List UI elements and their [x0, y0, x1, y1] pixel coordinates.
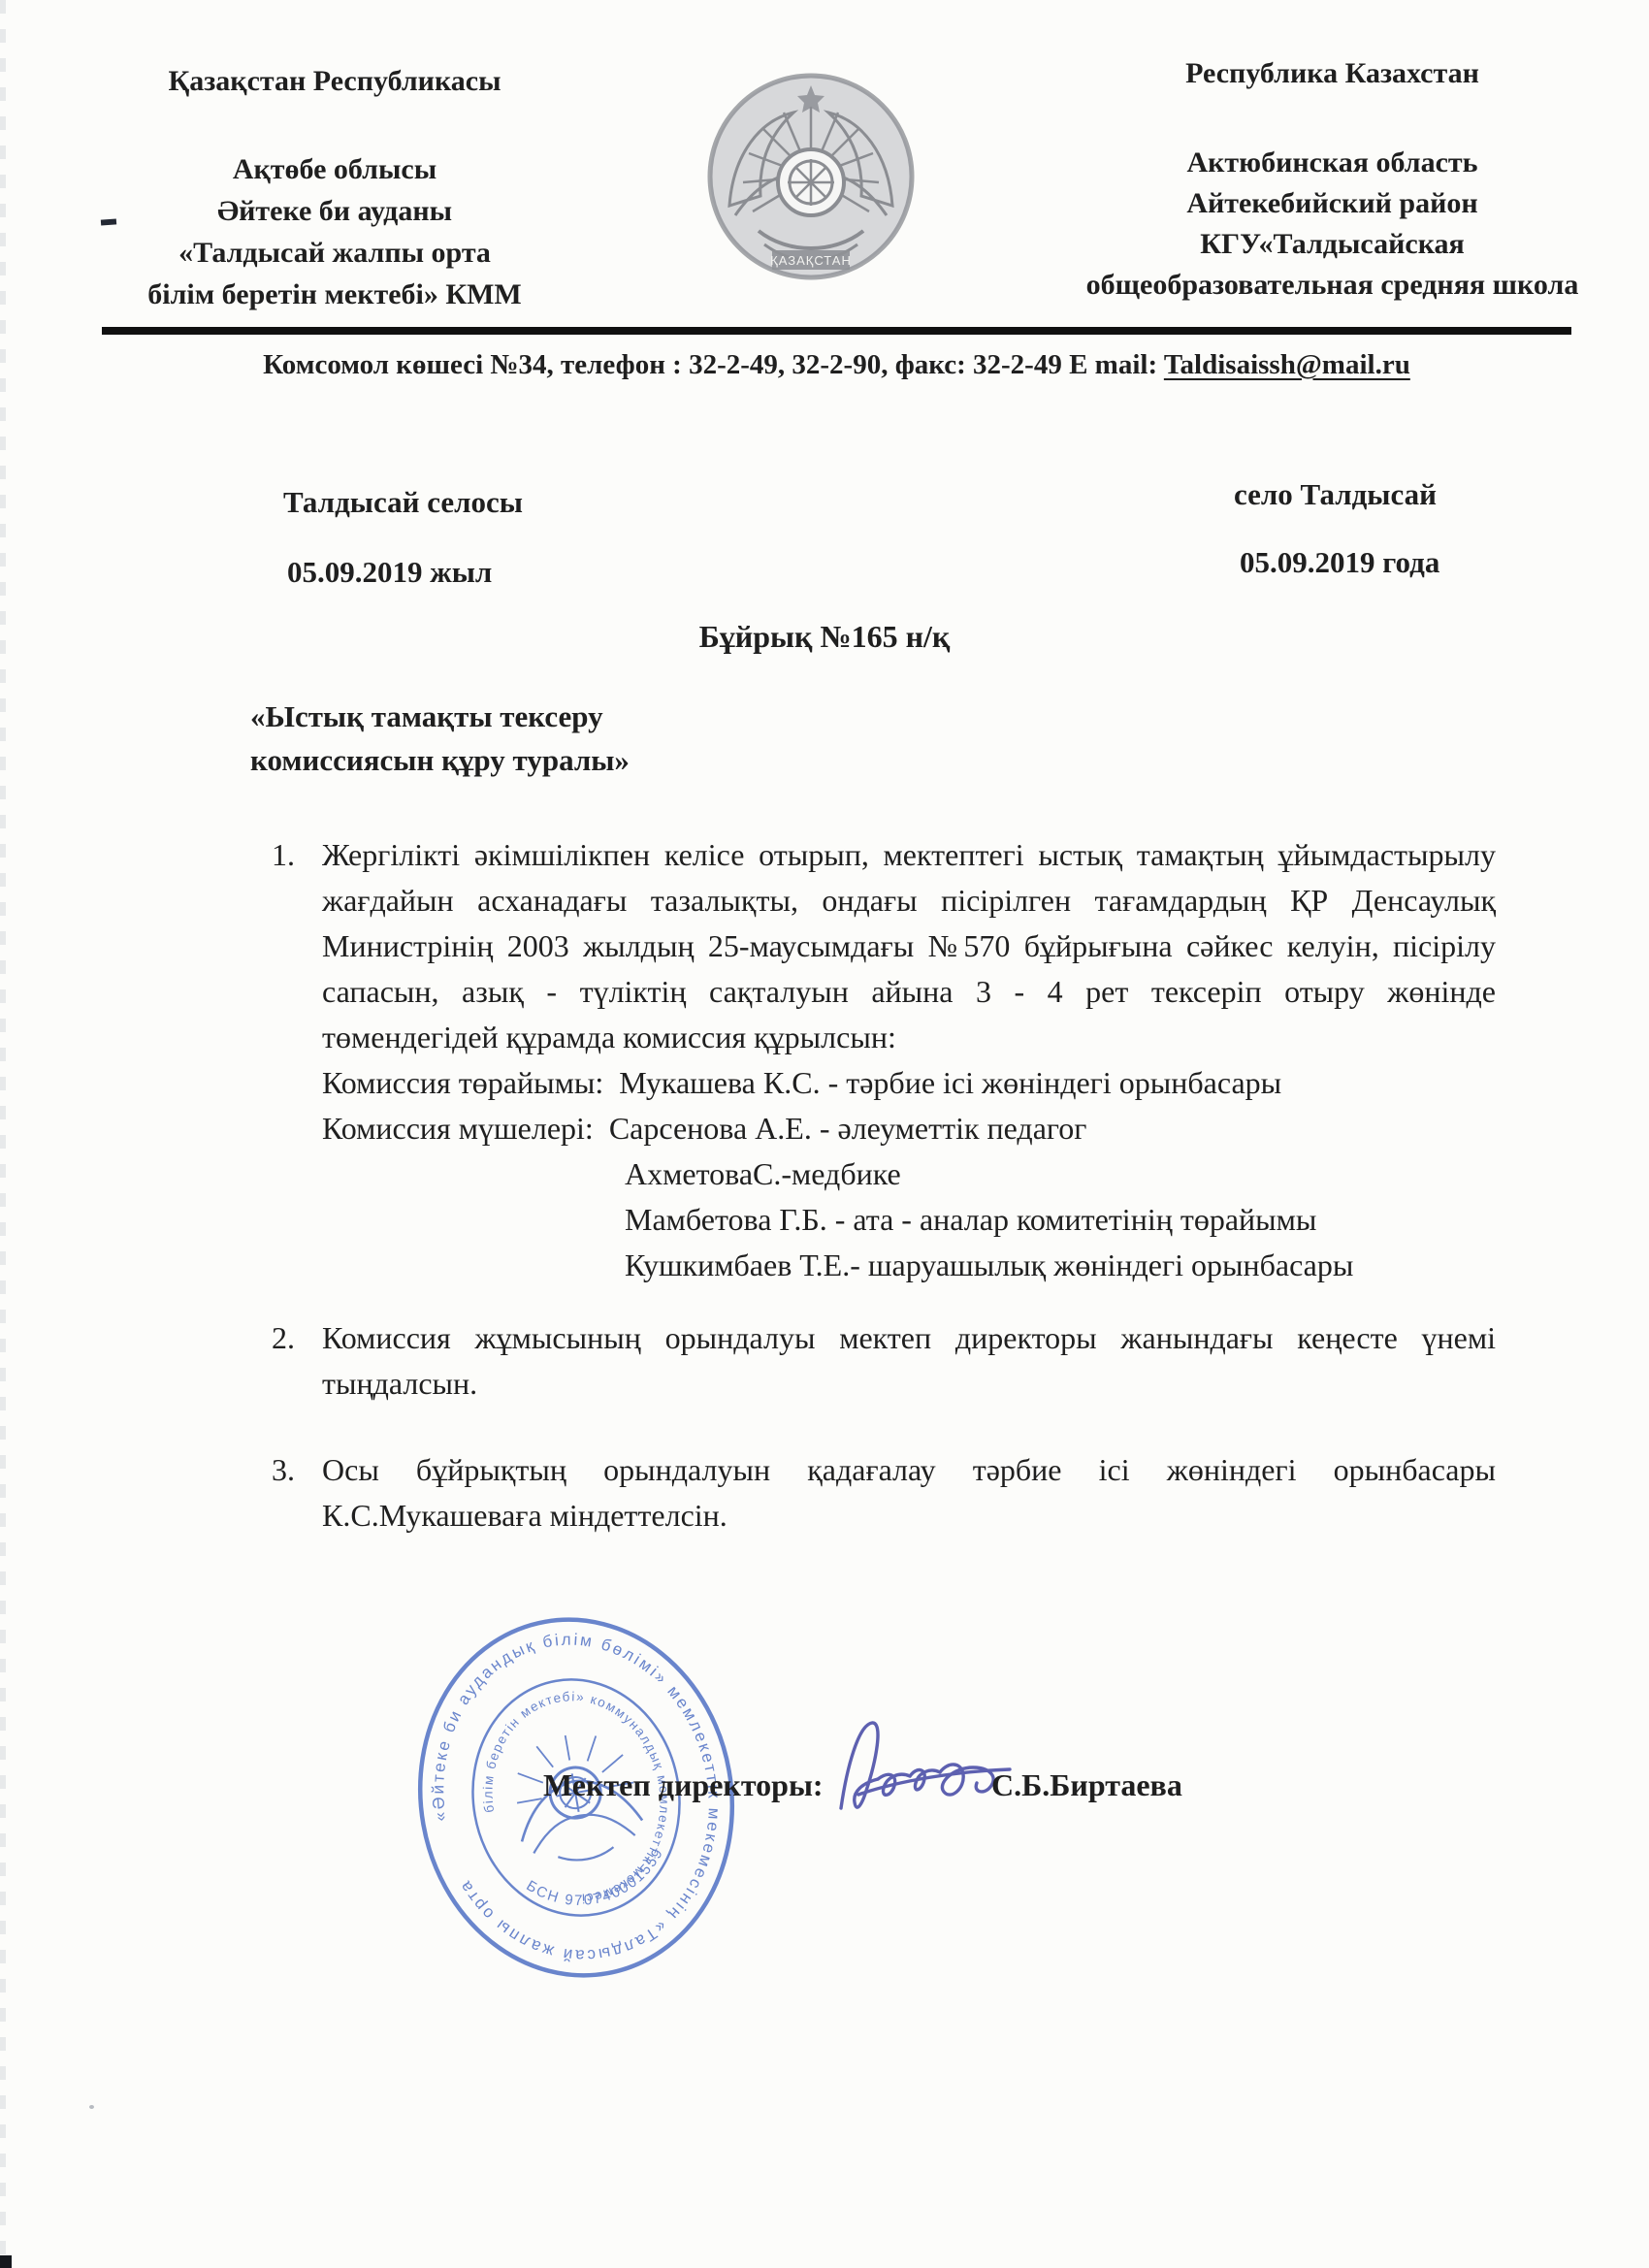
- district-kk: Әйтеке би ауданы: [112, 190, 558, 232]
- commission-chair-row: Комиссия төрайымы:Мукашева К.С. - тәрбие…: [322, 1060, 1496, 1106]
- district-ru: Айтекебийский район: [1010, 183, 1649, 224]
- commission-chair-label: Комиссия төрайымы:: [322, 1065, 603, 1100]
- item-text: Жергілікті әкімшілікпен келісе отырып, м…: [322, 832, 1496, 1060]
- order-title: Бұйрық №165 н/қ: [0, 619, 1649, 655]
- letterhead-kazakh-block: Қазақстан Республикасы Ақтөбе облысы Әйт…: [112, 60, 558, 315]
- order-item-3: 3. Осы бұйрықтың орындалуын қадағалау тә…: [272, 1447, 1496, 1539]
- school-name-ru-line1: КГУ«Талдысайская: [1010, 224, 1649, 265]
- school-name-kk-line2: білім беретін мектебі» КММ: [112, 274, 558, 315]
- order-body: 1. Жергілікті әкімшілікпен келісе отырып…: [272, 832, 1496, 1539]
- order-subject-line2: комиссиясын құру туралы»: [250, 738, 630, 782]
- item-number: 1.: [272, 832, 322, 1060]
- commission-members-row: Комиссия мүшелері:Сарсенова А.Е. - әлеум…: [322, 1106, 1496, 1151]
- letterhead-russian-block: Республика Казахстан Актюбинская область…: [1010, 53, 1649, 306]
- commission-member: Мамбетова Г.Б. - ата - аналар комитетіні…: [625, 1197, 1496, 1243]
- date-ru: 05.09.2019 года: [1240, 545, 1439, 580]
- school-name-kk-line1: «Талдысай жалпы орта: [112, 232, 558, 274]
- item-text: Комиссия жұмысының орындалуы мектеп дире…: [322, 1315, 1496, 1407]
- region-kk: Ақтөбе облысы: [112, 148, 558, 190]
- order-item-2: 2. Комиссия жұмысының орындалуы мектеп д…: [272, 1315, 1496, 1407]
- email-address: Taldisaissh@mail.ru: [1164, 349, 1410, 380]
- coat-of-arms-icon: ҚАЗАҚСТАН: [700, 60, 921, 304]
- letterhead-divider: [102, 327, 1571, 335]
- place-ru: село Талдысай: [1234, 477, 1437, 512]
- item-number: 2.: [272, 1315, 322, 1407]
- emblem-banner-text: ҚАЗАҚСТАН: [770, 253, 852, 268]
- signature-name: С.Б.Биртаева: [991, 1767, 1182, 1803]
- commission-member: Сарсенова А.Е. - әлеуметтік педагог: [609, 1111, 1087, 1146]
- commission-chair-value: Мукашева К.С. - тәрбие ісі жөніндегі оры…: [619, 1065, 1281, 1100]
- signature-label: Мектеп директоры:: [543, 1767, 824, 1803]
- item-number: 3.: [272, 1447, 322, 1539]
- country-name-ru: Республика Казахстан: [1010, 53, 1649, 94]
- scan-edge-artifact: [0, 0, 6, 2268]
- commission-member: АхметоваС.-медбике: [625, 1151, 1496, 1197]
- region-ru: Актюбинская область: [1010, 143, 1649, 183]
- commission-members-label: Комиссия мүшелері:: [322, 1111, 594, 1146]
- order-subject-line1: «Ыстық тамақты тексеру: [250, 695, 630, 738]
- order-subject: «Ыстық тамақты тексеру комиссиясын құру …: [250, 695, 630, 782]
- item-text: Осы бұйрықтың орындалуын қадағалау тәрби…: [322, 1447, 1496, 1539]
- contact-text: Комсомол көшесі №34, телефон : 32-2-49, …: [263, 349, 1157, 380]
- scan-corner-mark: [0, 2255, 12, 2268]
- commission-member: Кушкимбаев Т.Е.- шаруашылық жөніндегі ор…: [625, 1243, 1496, 1288]
- order-item-1: 1. Жергілікті әкімшілікпен келісе отырып…: [272, 832, 1496, 1060]
- place-kk: Талдысай селосы: [283, 485, 523, 520]
- date-kk: 05.09.2019 жыл: [287, 555, 492, 590]
- school-name-ru-line2: общеобразовательная средняя школа: [1010, 265, 1649, 306]
- commission-list: Комиссия төрайымы:Мукашева К.С. - тәрбие…: [322, 1060, 1496, 1288]
- country-name-kk: Қазақстан Республикасы: [112, 60, 558, 102]
- contact-line: Комсомол көшесі №34, телефон : 32-2-49, …: [102, 349, 1571, 381]
- scanned-order-document: Қазақстан Республикасы Ақтөбе облысы Әйт…: [0, 0, 1649, 2268]
- scan-speck: [89, 2105, 94, 2109]
